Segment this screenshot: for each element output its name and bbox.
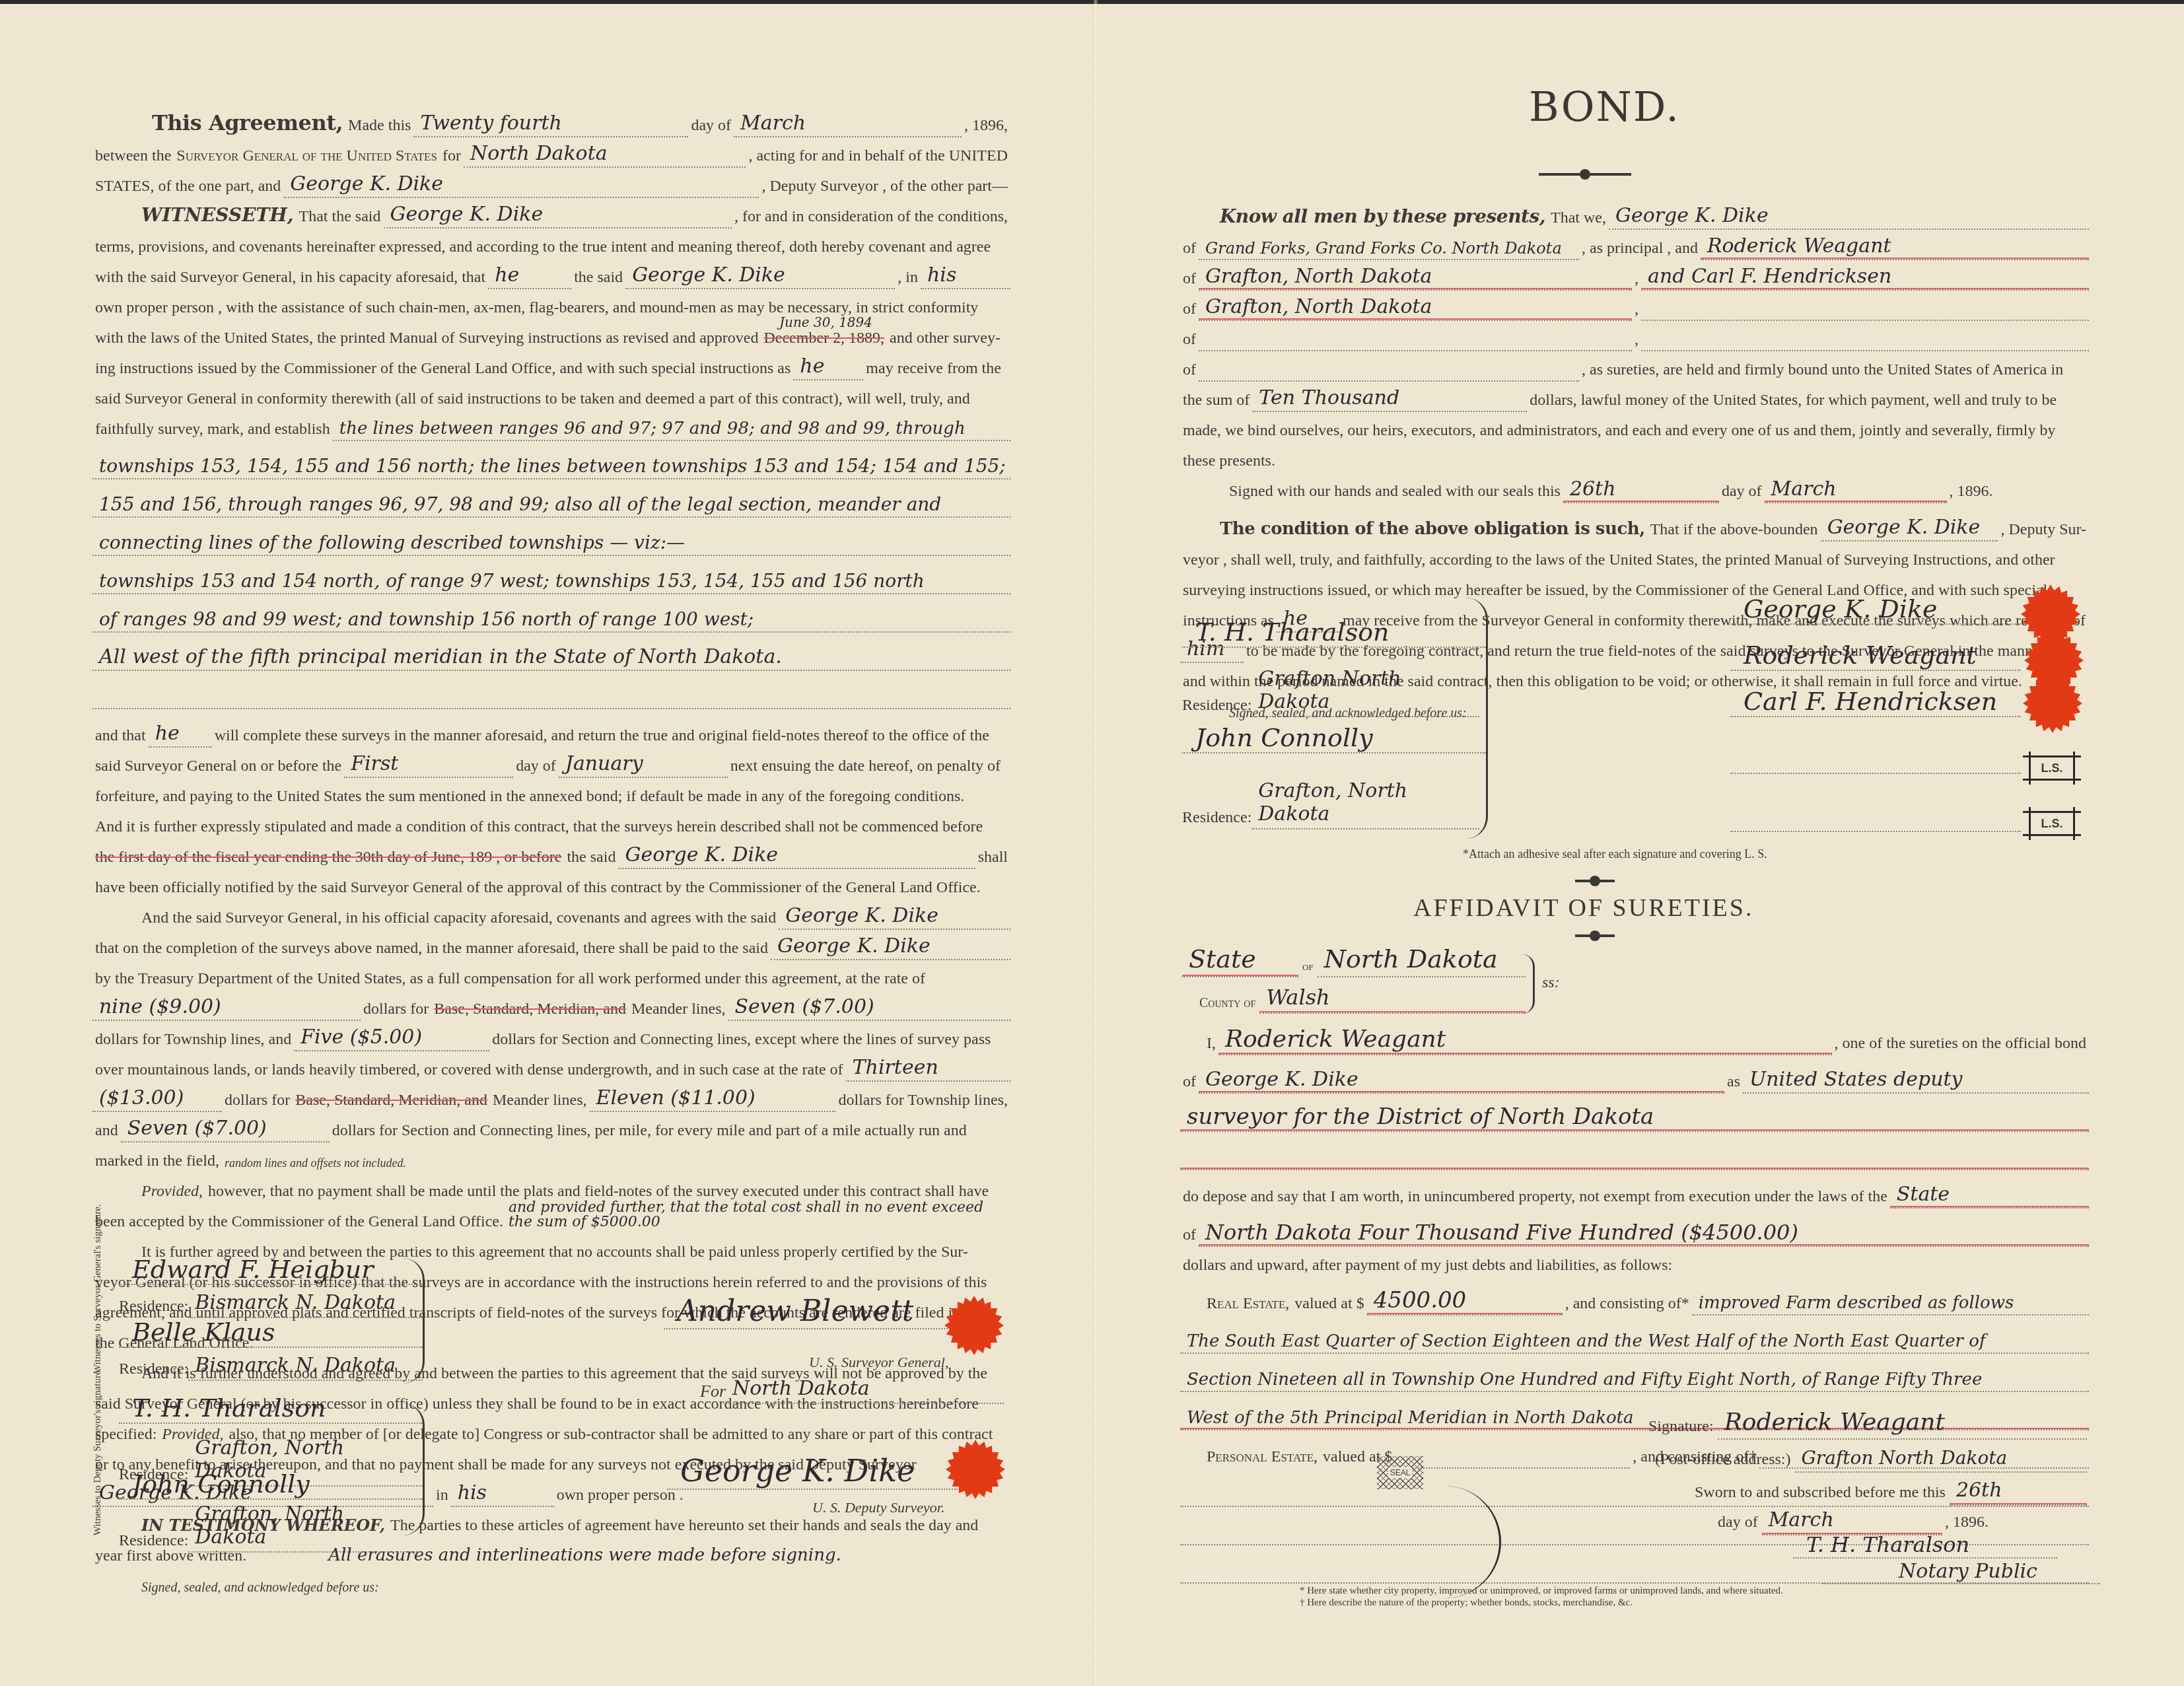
affidavit-title: AFFIDAVIT OF SURETIES. xyxy=(1413,894,1753,923)
text: ing instructions issued by the Commissio… xyxy=(92,361,793,380)
agreement-line-26: marked in the field, random lines and of… xyxy=(92,1142,1010,1173)
year-text: , 1896, xyxy=(962,118,1010,137)
real-estate-value-field[interactable]: 4500.00 xyxy=(1367,1289,1563,1316)
survey-description-field[interactable]: 155 and 156, through ranges 96, 97, 98 a… xyxy=(92,495,1010,518)
witness-residence-row: Residence: Bismarck N. Dakota xyxy=(119,1354,423,1381)
footnote-personal-estate: † Here describe the nature of the proper… xyxy=(1300,1597,1783,1609)
text: do depose and say that I am worth, in un… xyxy=(1180,1189,1890,1209)
agreement-line-14: forfeiture, and paying to the United Sta… xyxy=(92,778,1010,808)
bond-line-10: Signed with our hands and sealed with ou… xyxy=(1180,473,2089,503)
venue-county-row: County of Walsh xyxy=(1195,987,1526,1014)
text: have been officially notified by the sai… xyxy=(92,880,983,899)
bond-signature-field[interactable]: George K. Dike xyxy=(1730,594,2021,625)
text: I, xyxy=(1180,1036,1218,1055)
principal-name-field[interactable]: George K. Dike xyxy=(1199,1070,1724,1094)
text: day of xyxy=(513,758,559,778)
rate-field[interactable]: nine ($9.00) xyxy=(92,997,361,1021)
text: for xyxy=(440,148,464,168)
scan-top-edge xyxy=(0,0,2184,4)
notary-title: Notary Public xyxy=(1823,1560,2100,1584)
for-state-field[interactable]: North Dakota xyxy=(726,1377,1004,1404)
bond-line-7: the sum of Ten Thousand dollars, lawful … xyxy=(1180,382,2089,412)
venue-county-field[interactable]: Walsh xyxy=(1259,985,1526,1014)
witness-residence-row: Residence: Grafton, North Dakota xyxy=(119,1502,423,1553)
rate-field[interactable]: Thirteen xyxy=(846,1058,1010,1082)
deputy-name-field[interactable]: George K. Dike xyxy=(618,845,975,869)
venue-brace xyxy=(1522,954,1535,1014)
surety-address-field[interactable] xyxy=(1199,378,1579,382)
bond-witness-name-field[interactable]: T. H. Tharalson xyxy=(1182,617,1486,648)
agreement-heading: This Agreement, xyxy=(92,112,345,137)
bond-day-field[interactable]: 26th xyxy=(1563,479,1719,503)
agreement-line-16: the first day of the fiscal year ending … xyxy=(92,839,1010,869)
real-estate-description-field[interactable]: improved Farm described as follows xyxy=(1692,1294,2089,1316)
affidavit-line-8: Real Estate, valued at $ 4500.00 , and c… xyxy=(1180,1277,2089,1316)
text: these presents. xyxy=(1180,453,1278,473)
completion-day-field[interactable]: First xyxy=(344,754,513,778)
text: That we, xyxy=(1548,210,1609,230)
personal-estate-label: Personal Estate, xyxy=(1180,1449,1320,1469)
pronoun-field[interactable]: he xyxy=(488,265,571,289)
text: , Deputy Surveyor , of the other part— xyxy=(759,178,1010,198)
text: said Surveyor General on or before the xyxy=(92,758,344,778)
state-field[interactable]: North Dakota xyxy=(464,144,746,168)
bond-line-11: The condition of the above obligation is… xyxy=(1180,503,2089,542)
rate-field[interactable]: ($13.00) xyxy=(92,1088,222,1112)
bond-witness-residence-row: Residence: Grafton North Dakota xyxy=(1182,667,1479,717)
agreement-line-9: ing instructions issued by the Commissio… xyxy=(92,350,1010,380)
rate-field[interactable]: Five ($5.00) xyxy=(294,1028,489,1051)
survey-line: 155 and 156, through ranges 96, 97, 98 a… xyxy=(92,479,1010,518)
agreement-line-15: And it is further expressly stipulated a… xyxy=(92,808,1010,839)
sworn-row: Sworn to and subscribed before me this 2… xyxy=(1691,1479,2087,1506)
deputy-name-field[interactable]: George K. Dike xyxy=(771,936,1010,960)
bond-witness-residence-row: Residence: Grafton, North Dakota xyxy=(1182,779,1479,829)
text: over mountainous lands, or lands heavily… xyxy=(92,1062,846,1082)
text: that on the completion of the surveys ab… xyxy=(92,940,771,960)
witness-label-deputy-surveyor: Witnesses to Deputy Surveyor's signature… xyxy=(92,1417,104,1535)
surety-address-field[interactable]: Grafton, North Dakota xyxy=(1199,297,1632,321)
pronoun-field[interactable]: he xyxy=(149,724,212,748)
text: of xyxy=(1180,1227,1199,1247)
survey-description-field[interactable]: the lines between ranges 96 and 97; 97 a… xyxy=(333,420,1010,441)
agreement-line-28: been accepted by the Commissioner of the… xyxy=(92,1203,1010,1234)
notary-signature[interactable]: T. H. Tharalson xyxy=(1793,1532,2057,1559)
text: of xyxy=(1180,1074,1199,1094)
text: random lines and offsets not included. xyxy=(222,1157,409,1173)
agreement-line-5: terms, provisions, and covenants hereina… xyxy=(92,228,1010,259)
pronoun-field[interactable]: his xyxy=(451,1483,554,1507)
bond-line-6: of , as sureties, are held and firmly bo… xyxy=(1180,351,2089,382)
seal-label: SEAL xyxy=(1388,1467,1413,1478)
text: dollars and upward, after payment of my … xyxy=(1180,1257,1675,1277)
text: And it is further expressly stipulated a… xyxy=(92,819,985,839)
text: the sum of xyxy=(1180,392,1252,412)
text: dollars for Section and Connecting lines… xyxy=(330,1123,969,1142)
post-office-field[interactable]: Grafton North Dakota xyxy=(1795,1447,2088,1473)
text: , for and in consideration of the condit… xyxy=(732,209,1010,228)
affiant-signature-row: Signature: Roderick Weagant xyxy=(1644,1407,2087,1440)
sworn-day-field[interactable]: 26th xyxy=(1950,1479,2087,1506)
agreement-line-17: have been officially notified by the sai… xyxy=(92,869,1010,899)
text: been accepted by the Commissioner of the… xyxy=(92,1214,506,1234)
seal-instruction-note: *Attach an adhesive seal after each sign… xyxy=(1463,847,1767,861)
survey-line: townships 153 and 154 north, of range 97… xyxy=(92,556,1010,594)
ss-label: ss: xyxy=(1542,974,1560,992)
text: Signed with our hands and sealed with ou… xyxy=(1226,483,1563,503)
survey-line: connecting lines of the following descri… xyxy=(92,518,1010,556)
text: dollars for Township lines, xyxy=(835,1092,1010,1112)
sworn-month-row: day of March , 1896. xyxy=(1714,1509,1991,1535)
text: STATES, of the one part, and xyxy=(92,178,283,198)
survey-line: of ranges 98 and 99 west; and township 1… xyxy=(92,594,1010,633)
sworn-label: Sworn to and subscribed before me this xyxy=(1691,1484,1950,1506)
text: And the said Surveyor General, in his of… xyxy=(139,910,779,930)
agreement-line-25: and Seven ($7.00) dollars for Section an… xyxy=(92,1112,1010,1142)
struck-clause: the first day of the fiscal year ending … xyxy=(92,849,564,869)
surety-name-field[interactable]: Roderick Weagant xyxy=(1218,1028,1832,1055)
condition-heading: The condition of the above obligation is… xyxy=(1180,520,1648,542)
text: veyor , shall well, truly, and faithfull… xyxy=(1180,552,2058,572)
text: marked in the field, xyxy=(92,1153,222,1173)
bond-signature-field[interactable]: Carl F. Hendricksen xyxy=(1730,687,2021,717)
witness-residence-row: Residence: Bismarck N. Dakota xyxy=(119,1291,423,1318)
text: faithfully survey, mark, and establish xyxy=(92,421,333,441)
text: the said xyxy=(571,269,625,289)
real-estate-description-field[interactable]: The South East Quarter of Section Eighte… xyxy=(1180,1333,2089,1354)
for-label: For xyxy=(700,1382,726,1404)
text: own proper person . xyxy=(554,1487,686,1507)
agreement-line-2: between the Surveyor General of the Unit… xyxy=(92,137,1010,168)
witness-residence-field[interactable]: Bismarck N. Dakota xyxy=(188,1291,423,1318)
witness-name-field[interactable]: Edward F. Heigbur xyxy=(119,1255,423,1285)
post-office-label: (Post-office address:) xyxy=(1651,1451,1795,1473)
text: may receive from the xyxy=(863,361,1004,380)
rate-field[interactable]: Seven ($7.00) xyxy=(121,1119,330,1142)
bond-month-field[interactable]: March xyxy=(1765,479,1947,503)
agreement-line-13: said Surveyor General on or before the F… xyxy=(92,748,1010,778)
venue-state-field[interactable]: North Dakota xyxy=(1318,944,1526,977)
footnotes: * Here state whether city property, impr… xyxy=(1300,1585,1783,1609)
month-field[interactable]: March xyxy=(734,114,962,137)
deputy-surveyor-signature[interactable]: George K. Dike xyxy=(667,1453,958,1490)
rate-field[interactable]: Seven ($7.00) xyxy=(728,997,1010,1021)
bond-sum-field[interactable]: Ten Thousand xyxy=(1252,388,1527,412)
agreement-line-4: WITNESSETH, That the said George K. Dike… xyxy=(92,198,1010,228)
agreement-line-8: with the laws of the United States, the … xyxy=(92,320,1010,350)
struck-text: Base, Standard, Meridian, and xyxy=(431,1001,629,1021)
bond-signature-field[interactable]: Roderick Weagant xyxy=(1730,641,2021,671)
deputy-name-field[interactable]: George K. Dike xyxy=(384,205,732,228)
bond-line-12: veyor , shall well, truly, and faithfull… xyxy=(1180,542,2089,572)
residence-label: Residence: xyxy=(119,1532,188,1553)
bond-line-2: of Grand Forks, Grand Forks Co. North Da… xyxy=(1180,230,2089,260)
bond-line-1: Know all men by these presents, That we,… xyxy=(1180,192,2089,230)
agreement-line-19: that on the completion of the surveys ab… xyxy=(92,930,1010,960)
agreement-line-18: And the said Surveyor General, in his of… xyxy=(92,899,1010,930)
text: , and consisting of* xyxy=(1563,1296,1692,1316)
survey-description-field[interactable]: connecting lines of the following descri… xyxy=(92,534,1010,556)
survey-description-field[interactable]: townships 153, 154, 155 and 156 north; t… xyxy=(92,457,1010,479)
text: next ensuing the date hereof, on penalty… xyxy=(728,758,1003,778)
jurisdiction-field[interactable]: State xyxy=(1890,1185,2089,1209)
survey-description-field[interactable]: townships 153 and 154 north, of range 97… xyxy=(92,572,1010,594)
text: of xyxy=(1180,301,1199,321)
text: , acting for and in behalf of the UNITED xyxy=(746,148,1010,168)
text: terms, provisions, and covenants hereina… xyxy=(92,239,993,259)
witness-name-field[interactable]: Belle Klaus xyxy=(119,1317,423,1348)
text: , one of the sureties on the official bo… xyxy=(1832,1036,2089,1055)
affidavit-line-6: of North Dakota Four Thousand Five Hundr… xyxy=(1180,1209,2089,1247)
principal-name-field[interactable]: George K. Dike xyxy=(1821,518,1998,542)
day-of-label: day of xyxy=(1714,1514,1762,1535)
affidavit-line-3: surveyor for the District of North Dakot… xyxy=(1180,1094,2089,1132)
agreement-line-6: with the said Surveyor General, in his c… xyxy=(92,259,1010,289)
rate-field[interactable]: Eleven ($11.00) xyxy=(590,1088,836,1112)
inserted-date: June 30, 1894 xyxy=(779,316,872,329)
affiant-signature-field[interactable]: Roderick Weagant xyxy=(1718,1409,2087,1440)
surety-name-field[interactable] xyxy=(1641,347,2089,351)
text: by the Treasury Department of the United… xyxy=(92,971,928,991)
ornament-divider xyxy=(1575,880,1615,882)
text: and xyxy=(92,1123,121,1142)
text: dollars for xyxy=(361,1001,431,1021)
agreement-line-7: own proper person , with the assistance … xyxy=(92,289,1010,320)
struck-text: Base, Standard, Meridian, and xyxy=(293,1092,490,1112)
witness-name-field[interactable]: John Connolly xyxy=(119,1469,423,1500)
survey-line: All west of the fifth principal meridian… xyxy=(92,633,1010,671)
agreement-line-12: and that he will complete these surveys … xyxy=(92,709,1010,748)
text: dollars for Section and Connecting lines… xyxy=(489,1032,993,1051)
survey-line: townships 153, 154, 155 and 156 north; t… xyxy=(92,441,1010,479)
text: dollars, lawful money of the United Stat… xyxy=(1527,392,2059,412)
text: day of xyxy=(1719,483,1765,503)
surety-name-field[interactable]: and Carl F. Hendricksen xyxy=(1641,267,2089,291)
text: of xyxy=(1180,271,1199,291)
text: of xyxy=(1298,960,1318,977)
survey-description-field[interactable]: of ranges 98 and 99 west; and township 1… xyxy=(92,610,1010,633)
text: of xyxy=(1180,362,1199,382)
witness-brace xyxy=(403,1403,425,1535)
surety-address-field[interactable] xyxy=(1199,347,1632,351)
text: of xyxy=(1180,332,1199,351)
struck-date: December 2, 1889, xyxy=(761,330,887,350)
text: made, we bind ourselves, our heirs, exec… xyxy=(1180,423,2058,442)
agreement-line-3: STATES, of the one part, and George K. D… xyxy=(92,168,1010,198)
year-text: , 1896. xyxy=(1947,483,1996,503)
footnote-real-estate: * Here state whether city property, impr… xyxy=(1300,1585,1783,1597)
text: will complete these surveys in the manne… xyxy=(212,728,992,748)
bond-line-8: made, we bind ourselves, our heirs, exec… xyxy=(1180,412,2089,442)
completion-month-field[interactable]: January xyxy=(559,754,728,778)
bond-heading: Know all men by these presents, xyxy=(1180,207,1548,230)
text: That the said xyxy=(297,209,384,228)
text: with the said Surveyor General, in his c… xyxy=(92,269,488,289)
principal-address-field[interactable]: Grand Forks, Grand Forks Co. North Dakot… xyxy=(1199,240,1579,260)
text: Surveyor General of the United States xyxy=(174,148,440,168)
deputy-name-field[interactable]: George K. Dike xyxy=(283,174,759,198)
affidavit-line-7: dollars and upward, after payment of my … xyxy=(1180,1247,2089,1277)
bond-title: BOND. xyxy=(1529,83,1680,131)
pronoun-field[interactable]: he xyxy=(793,357,863,380)
text: in xyxy=(433,1487,451,1507)
agreement-line-10: said Surveyor General in conformity ther… xyxy=(92,380,1010,411)
bond-line-9: these presents. xyxy=(1180,442,2089,473)
survey-description-field[interactable] xyxy=(92,705,1010,709)
text: , xyxy=(1632,301,1641,321)
residence-label: Residence: xyxy=(1182,697,1251,717)
bond-line-3: of Grafton, North Dakota , and Carl F. H… xyxy=(1180,260,2089,291)
witnesseth-heading: WITNESSETH, xyxy=(139,206,297,228)
bond-line-4: of Grafton, North Dakota , xyxy=(1180,291,2089,321)
property-line: Section Nineteen all in Township One Hun… xyxy=(1180,1354,2089,1392)
affidavit-line-4 xyxy=(1180,1132,2089,1170)
affidavit-line-5: do depose and say that I am worth, in un… xyxy=(1180,1170,2089,1209)
surety-name-field[interactable] xyxy=(1641,317,2089,321)
witness-brace xyxy=(403,1258,425,1384)
text: , as sureties, are held and firmly bound… xyxy=(1579,362,2066,382)
text: forfeiture, and paying to the United Sta… xyxy=(92,789,967,808)
surety-name-field[interactable]: Roderick Weagant xyxy=(1701,236,2089,260)
witness-brace xyxy=(1466,598,1488,839)
residence-label: Residence: xyxy=(119,1298,188,1318)
text: The parties to these articles of agreeme… xyxy=(388,1518,981,1537)
bond-signature-field[interactable] xyxy=(1730,746,2021,774)
text: valued at $ xyxy=(1292,1296,1366,1316)
text: with the laws of the United States, the … xyxy=(92,330,761,350)
text: of xyxy=(1180,240,1199,260)
notary-seal-icon: SEAL xyxy=(1377,1456,1423,1489)
personal-estate-value-field[interactable] xyxy=(1395,1465,1630,1469)
agreement-line-24: ($13.00) dollars for Base, Standard, Mer… xyxy=(92,1082,1010,1112)
post-office-row: (Post-office address:) Grafton North Dak… xyxy=(1651,1446,2087,1473)
deputy-surveyor-title: U. S. Deputy Surveyor. xyxy=(812,1499,944,1516)
text: , in xyxy=(895,269,921,289)
text: and other survey- xyxy=(887,330,1003,350)
day-field[interactable]: Twenty fourth xyxy=(413,114,688,137)
text: dollars for Township lines, and xyxy=(92,1032,294,1051)
agreement-line-23: over mountainous lands, or lands heavily… xyxy=(92,1051,1010,1082)
principal-office-field[interactable]: United States deputy xyxy=(1743,1070,2089,1094)
text: , as principal , and xyxy=(1579,240,1701,260)
principal-office-field[interactable]: surveyor for the District of North Dakot… xyxy=(1180,1106,2089,1132)
principal-name-field[interactable]: George K. Dike xyxy=(1609,206,2089,230)
text: day of xyxy=(688,118,734,137)
text: County of xyxy=(1195,996,1259,1014)
for-state-row: For North Dakota xyxy=(700,1377,1004,1404)
deputy-name-field[interactable]: George K. Dike xyxy=(779,906,1010,930)
residence-label: Residence: xyxy=(1182,809,1251,829)
venue-state-row: State of North Dakota xyxy=(1182,944,1526,977)
agreement-line-1: This Agreement, Made this Twenty fourth … xyxy=(92,99,1010,137)
page-fold xyxy=(1093,0,1098,1686)
affidavit-line-2: of George K. Dike as United States deput… xyxy=(1180,1055,2089,1094)
property-line: The South East Quarter of Section Eighte… xyxy=(1180,1316,2089,1354)
principal-office-field[interactable] xyxy=(1180,1166,2089,1170)
affidavit-line-1: I, Roderick Weagant , one of the suretie… xyxy=(1180,1017,2089,1055)
witness-name-field[interactable]: T. H. Tharalson xyxy=(119,1393,423,1424)
survey-description-field[interactable]: All west of the fifth principal meridian… xyxy=(92,647,1010,671)
residence-label: Residence: xyxy=(119,1360,188,1381)
witness-residence-field[interactable]: Grafton, North Dakota xyxy=(188,1502,423,1553)
surety-address-field[interactable]: Grafton, North Dakota xyxy=(1199,267,1632,291)
text: between the xyxy=(92,148,174,168)
deputy-name-field[interactable]: George K. Dike xyxy=(625,265,895,289)
agreement-line-21: nine ($9.00) dollars for Base, Standard,… xyxy=(92,991,1010,1021)
ls-seal-box: L.S. xyxy=(2029,752,2075,785)
survey-line xyxy=(92,671,1010,709)
bond-line-5: of , xyxy=(1180,321,2089,351)
witness-residence-field[interactable]: Bismarck N. Dakota xyxy=(188,1354,423,1381)
real-estate-label: Real Estate, xyxy=(1180,1296,1292,1316)
bond-witness-residence-field[interactable]: Grafton, North Dakota xyxy=(1251,779,1479,829)
signed-before-line: Signed, sealed, and acknowledged before … xyxy=(92,1568,1010,1598)
signature-label: Signature: xyxy=(1644,1418,1718,1440)
bond-signature-field[interactable] xyxy=(1730,804,2021,832)
text: Made this xyxy=(345,118,413,137)
ls-seal-box: L.S. xyxy=(2029,807,2075,840)
net-worth-field[interactable]: North Dakota Four Thousand Five Hundred … xyxy=(1199,1222,2089,1247)
text: , xyxy=(1632,271,1641,291)
text: dollars for xyxy=(222,1092,293,1112)
text: and that xyxy=(92,728,149,748)
text: as xyxy=(1724,1074,1743,1094)
text: Meander lines, xyxy=(629,1001,728,1021)
handwritten-proviso: and provided further, that the total cos… xyxy=(506,1201,987,1234)
surveyor-general-title: U. S. Surveyor General, xyxy=(809,1354,948,1371)
text: Provided, xyxy=(139,1183,205,1203)
witness-label-surveyor-general: Witnesses to Surveyor General's signatur… xyxy=(92,1255,104,1374)
agreement-line-11: faithfully survey, mark, and establish t… xyxy=(92,411,1010,441)
surveyor-general-signature[interactable]: Andrew Blewett xyxy=(664,1294,961,1329)
bond-witness-residence-field[interactable]: Grafton North Dakota xyxy=(1251,667,1479,717)
text: That if the above-bounden xyxy=(1648,522,1821,542)
ornament-divider xyxy=(1575,934,1615,937)
agreement-line-22: dollars for Township lines, and Five ($5… xyxy=(92,1021,1010,1051)
text: the said xyxy=(564,849,618,869)
bond-witness-name-field[interactable]: John Connolly xyxy=(1182,723,1486,754)
text: said Surveyor General in conformity ther… xyxy=(92,391,973,411)
agreement-line-20: by the Treasury Department of the United… xyxy=(92,960,1010,991)
text: , xyxy=(1632,332,1641,351)
real-estate-description-field[interactable]: Section Nineteen all in Township One Hun… xyxy=(1180,1371,2089,1392)
sworn-month-field[interactable]: March xyxy=(1762,1508,1942,1535)
pronoun-field[interactable]: his xyxy=(921,265,1010,289)
ornament-divider xyxy=(1539,173,1631,176)
text: , Deputy Sur- xyxy=(1998,522,2089,542)
signed-before-label: Signed, sealed, and acknowledged before … xyxy=(139,1581,382,1598)
text: shall xyxy=(975,849,1010,869)
venue-type-field[interactable]: State xyxy=(1182,944,1298,977)
text: Meander lines, xyxy=(490,1092,590,1112)
